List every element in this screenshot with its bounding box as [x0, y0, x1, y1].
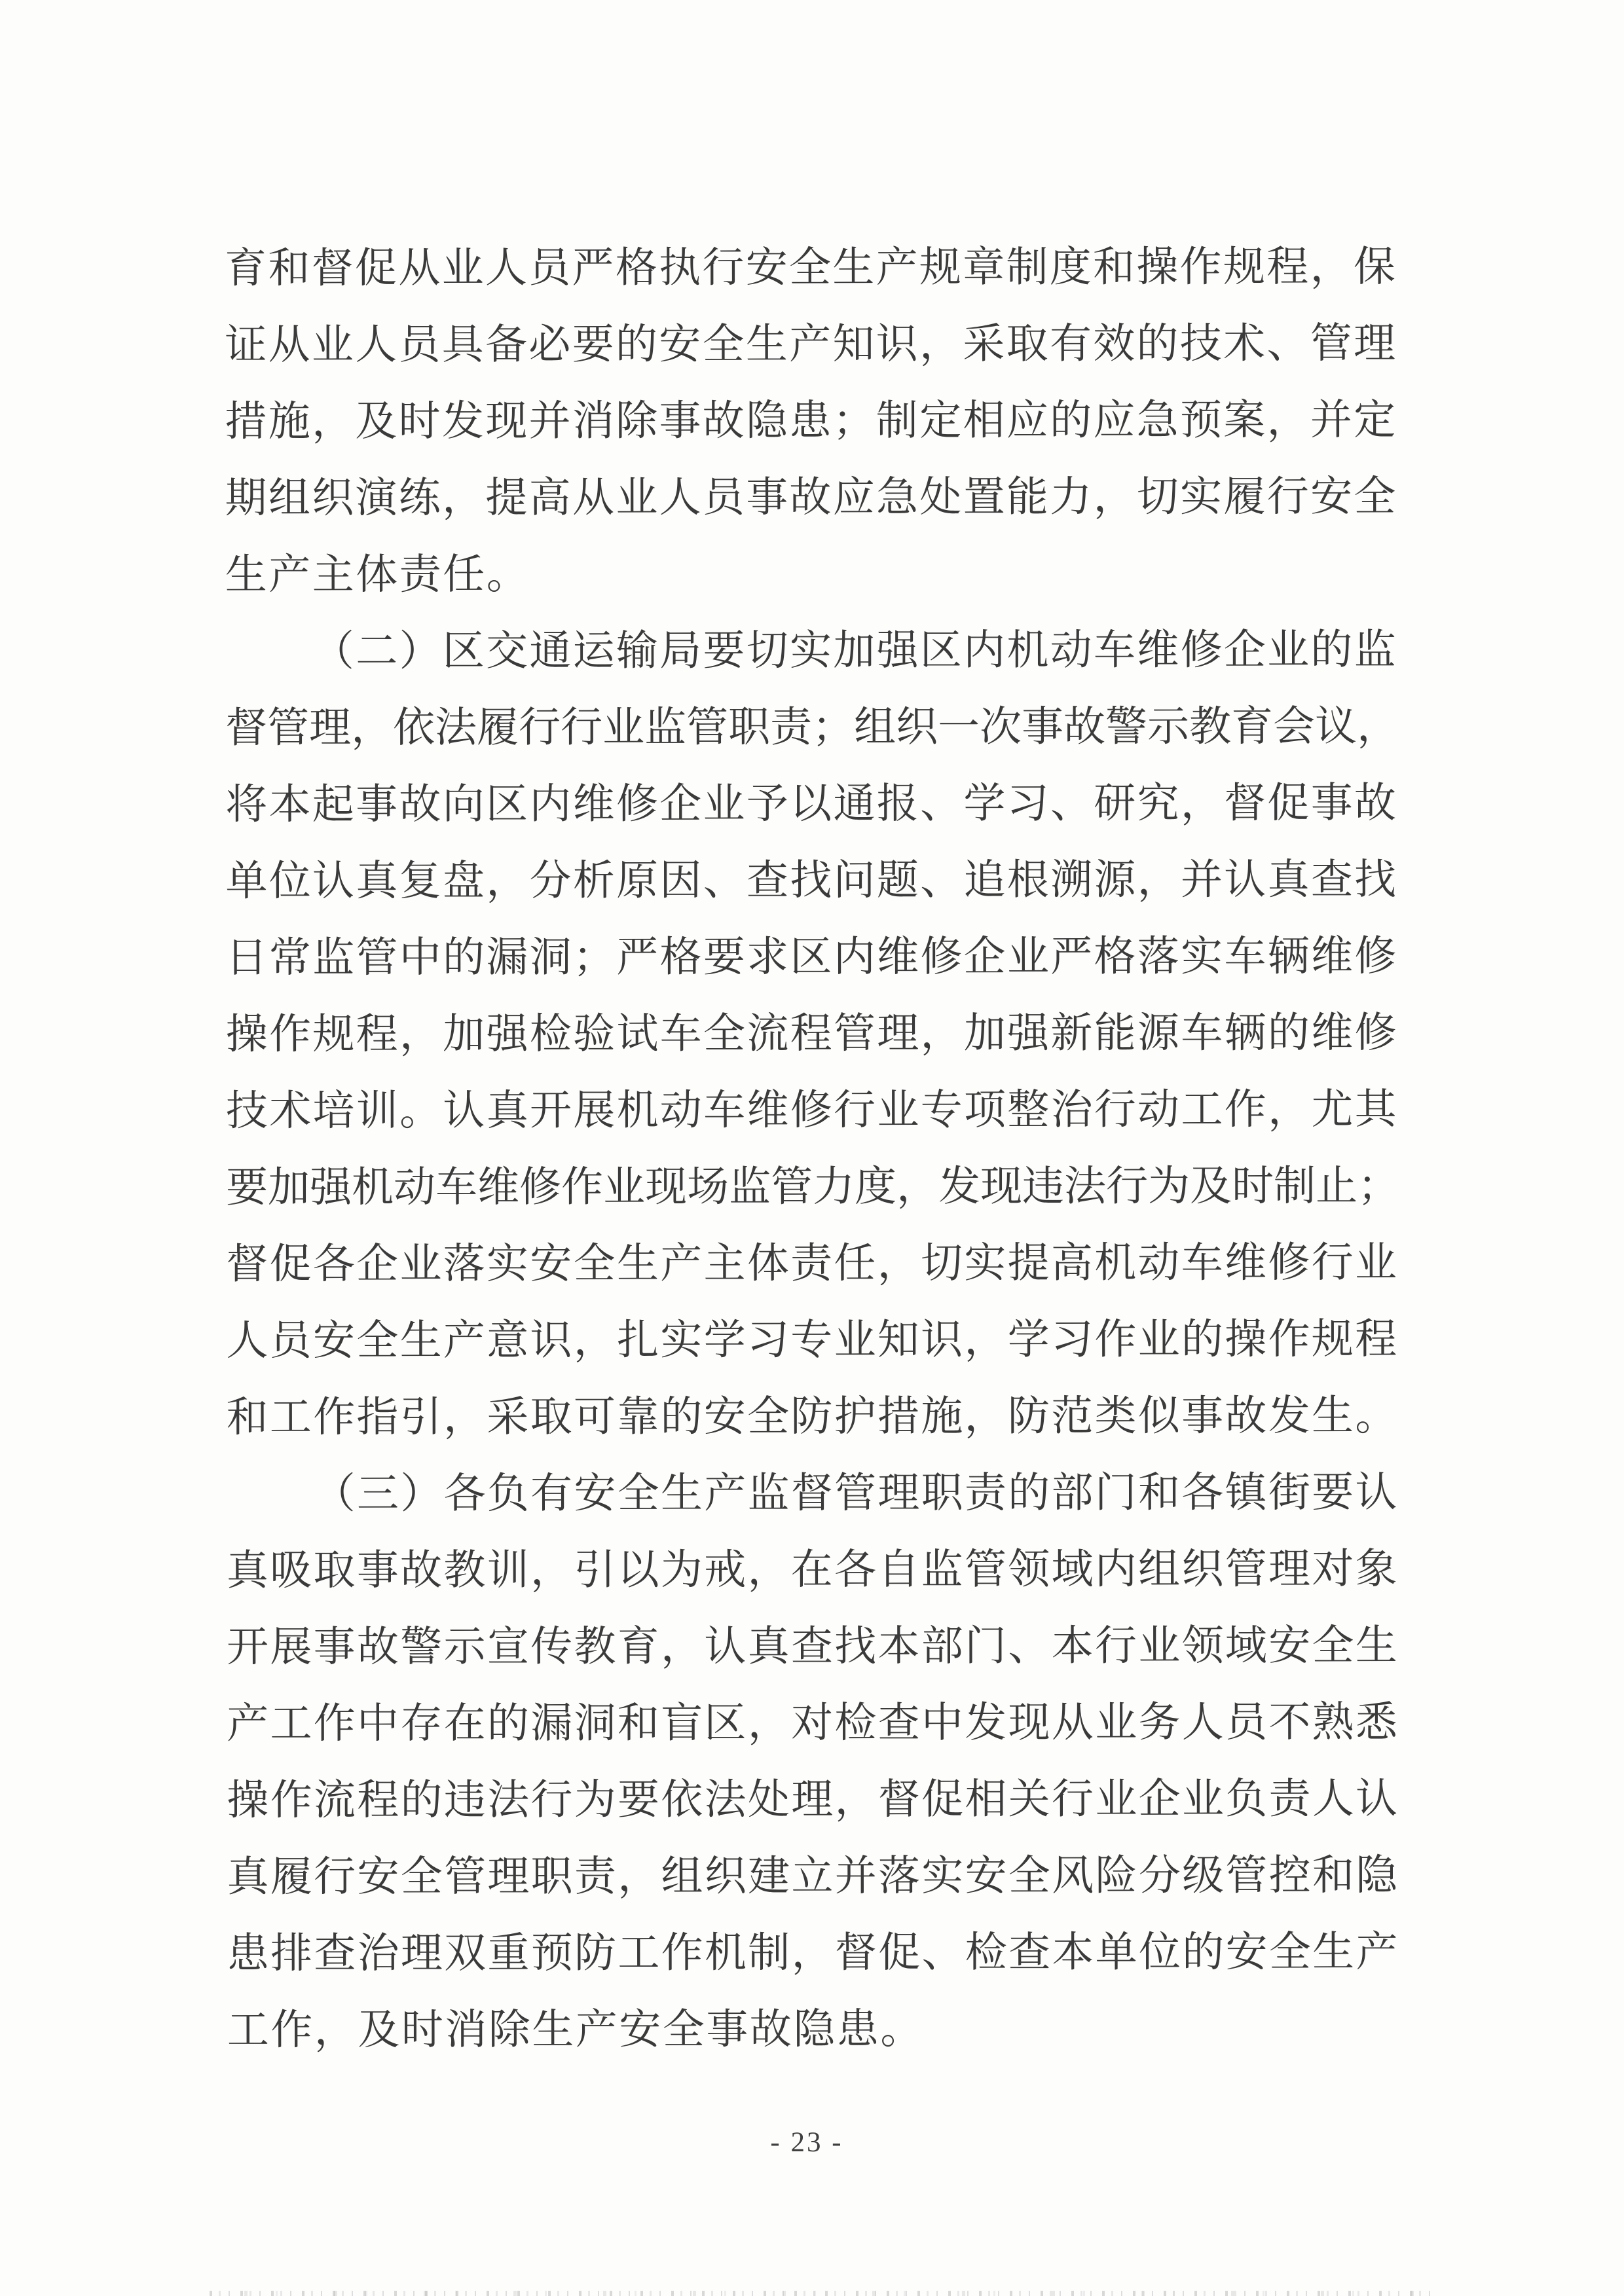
- text-line: 人员安全生产意识，扎实学习专业知识，学习作业的操作规程: [226, 1301, 1397, 1379]
- text-line: 患排查治理双重预防工作机制，督促、检查本单位的安全生产: [227, 1914, 1398, 1992]
- document-body-text: 育和督促从业人员严格执行安全生产规章制度和操作规程，保证从业人员具备必要的安全生…: [225, 228, 1398, 2068]
- scanned-document-page: { "colors": { "ink": "#3a3a3a", "page_nu…: [0, 0, 1624, 2296]
- text-line: （三）各负有安全生产监督管理职责的部门和各镇街要认: [227, 1454, 1397, 1532]
- text-line: 工作，及时消除生产安全事故隐患。: [227, 1990, 1398, 2068]
- text-line: 单位认真复盘，分析原因、查找问题、追根溯源，并认真查找: [225, 841, 1396, 919]
- page-number: - 23 -: [0, 2126, 1619, 2159]
- text-line: 生产主体责任。: [225, 535, 1396, 613]
- text-line: 育和督促从业人员严格执行安全生产规章制度和操作规程，保: [225, 228, 1395, 306]
- text-line: 开展事故警示宣传教育，认真查找本部门、本行业领域安全生: [227, 1607, 1397, 1685]
- text-line: 操作规程，加强检验试车全流程管理，加强新能源车辆的维修: [226, 994, 1397, 1072]
- text-line: 真履行安全管理职责，组织建立并落实安全风险分级管控和隐: [227, 1837, 1397, 1915]
- text-line: 真吸取事故教训，引以为戒，在各自监管领域内组织管理对象: [227, 1531, 1397, 1609]
- text-line: 和工作指引，采取可靠的安全防护措施，防范类似事故发生。: [226, 1377, 1397, 1455]
- bleed-through-marks: [210, 2291, 1434, 2296]
- text-line: 期组织演练，提高从业人员事故应急处置能力，切实履行安全: [225, 458, 1396, 536]
- text-line: 督促各企业落实安全生产主体责任，切实提高机动车维修行业: [226, 1224, 1397, 1302]
- text-line: 技术培训。认真开展机动车维修行业专项整治行动工作，尤其: [226, 1071, 1397, 1149]
- text-line: 操作流程的违法行为要依法处理，督促相关行业企业负责人认: [227, 1760, 1397, 1838]
- text-line: 措施，及时发现并消除事故隐患；制定相应的应急预案，并定: [225, 382, 1395, 460]
- text-line: 日常监管中的漏洞；严格要求区内维修企业严格落实车辆维修: [226, 918, 1397, 996]
- text-line: 证从业人员具备必要的安全生产知识，采取有效的技术、管理: [225, 305, 1395, 383]
- text-line: 将本起事故向区内维修企业予以通报、学习、研究，督促事故: [225, 765, 1396, 843]
- text-line: 要加强机动车维修作业现场监管力度，发现违法行为及时制止；: [226, 1148, 1397, 1226]
- text-line: 产工作中存在的漏洞和盲区，对检查中发现从业务人员不熟悉: [227, 1684, 1397, 1762]
- text-line: （二）区交通运输局要切实加强区内机动车维修企业的监: [225, 611, 1396, 689]
- text-line: 督管理，依法履行行业监管职责；组织一次事故警示教育会议，: [225, 688, 1396, 766]
